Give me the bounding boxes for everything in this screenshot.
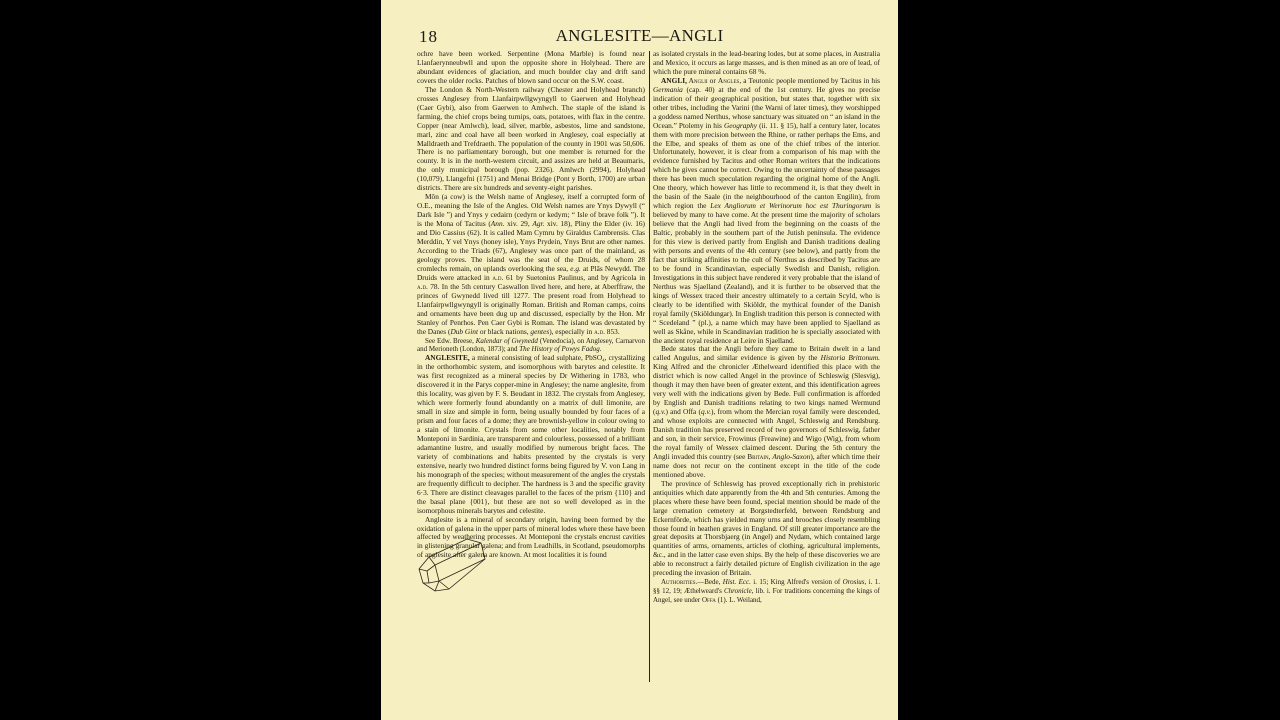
column-divider [649,51,650,682]
authorities: Authorities.—Bede, Hist. Ecc. i. 15; Kin… [653,578,880,605]
book-page: 18 ANGLESITE—ANGLI ochre have been worke… [381,0,898,720]
left-column: ochre have been worked. Serpentine (Mona… [417,50,645,560]
page-header: 18 ANGLESITE—ANGLI [381,24,898,50]
paragraph: as isolated crystals in the lead-bearing… [653,50,880,77]
paragraph: Môn (a cow) is the Welsh name of Anglese… [417,193,645,336]
paragraph: ochre have been worked. Serpentine (Mona… [417,50,645,86]
paragraph: Bede states that the Angli before they c… [653,345,880,479]
entry-heading: ANGLI, [661,76,687,85]
crystal-diagram-icon [415,535,489,595]
right-column: as isolated crystals in the lead-bearing… [653,50,880,605]
running-title: ANGLESITE—ANGLI [381,26,898,46]
paragraph: The province of Schleswig has proved exc… [653,480,880,578]
entry-angli: ANGLI, Anglii or Angles, a Teutonic peop… [653,77,880,346]
paragraph: The London & North-Western railway (Ches… [417,86,645,193]
entry-anglesite: ANGLESITE, a mineral consisting of lead … [417,354,645,515]
entry-heading: ANGLESITE, [425,353,470,362]
references: See Edw. Breese, Kalendar of Gwynedd (Ve… [417,337,645,355]
